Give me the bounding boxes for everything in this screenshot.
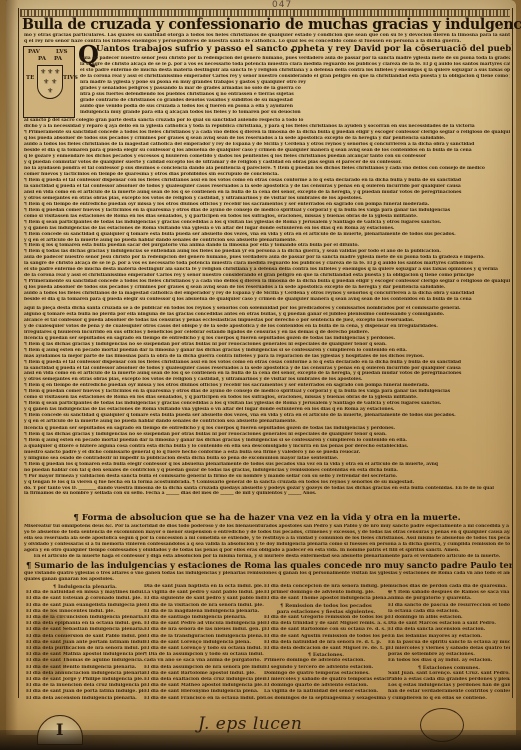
text-line: comer huevos y lacticinios en tiempo de … — [24, 172, 510, 178]
text-line: ¶ Item q̄ pueda el tal confessor dispens… — [24, 360, 510, 366]
absolution-heading: ¶ Forma de absolucion que se ha de hazer… — [24, 513, 510, 523]
indulgence-entry: El dia de sant Thome apostol indulgencia… — [264, 596, 388, 602]
indulgence-entry: El dia dela ascension indulgencia plenar… — [26, 696, 144, 702]
text-line: ¶ Primeramente su sanctidad concede a to… — [24, 130, 510, 136]
indulgence-entry: El dia de sant Benito indulgencia plenar… — [26, 665, 144, 671]
indulgence-entry: El dia dela conuersion de sant Pablo ind… — [26, 634, 144, 640]
indulgence-entry: El dia siguiente de sant pedro y sant pa… — [144, 596, 264, 602]
column-subheading: ¶ Remission de todos los pecados — [264, 603, 388, 609]
text-line: auido a todos los fieles christianos de … — [24, 142, 510, 148]
text-line: ¶ Item concede su sanctidad q̄ qualquier… — [24, 232, 510, 238]
text-line: indulgencia muy grande para ella q̄ alcā… — [24, 110, 510, 116]
indulgence-entry: El dia de sant Bartolome con su octaua r… — [264, 627, 388, 633]
body-paragraph-d: aqui la pieça desta dicha santa cruzada … — [24, 306, 510, 426]
text-line: q̄ los pueda absoluer de todos sus pecad… — [24, 136, 510, 142]
indulgence-entry: El dia de la transfiguracion indulgencia… — [144, 634, 264, 640]
indulgence-entry: cada vn año se saca vna anima de purgato… — [144, 658, 264, 664]
indulgence-entry: El dia de sant Sebastian indulgencia ple… — [26, 627, 144, 633]
indulgence-entry: El segundo y tercero de adviento estacio… — [264, 665, 388, 671]
text-line: y olvidado y confessaras si a tu memoria… — [24, 542, 510, 548]
indulgence-entry: El dia sancto de pascua de resurreccion … — [388, 603, 510, 609]
text-line: el sto padre enfermo de mucha desta mate… — [24, 68, 510, 74]
coa-text: LVS — [56, 49, 67, 55]
indulgence-entry: Los domingos de la septuagesima y sexage… — [264, 696, 388, 702]
indulgence-entry: El dia de nra señora de las nieues indul… — [144, 627, 264, 633]
document-title: Bulla de cruzada y confessionario de muc… — [22, 17, 512, 34]
page-fold-shadow — [6, 0, 18, 735]
indulgence-entry: El dia dela assumpcion de nra señora ple… — [144, 665, 264, 671]
summary-heading: ¶ Sumario de las indulgencias y estacion… — [26, 560, 512, 570]
absolution-text: Misereatur tui omnipotens deus &c. Por l… — [24, 524, 510, 554]
summary-intro: que vistando quatro yglesias o tres alta… — [24, 571, 510, 583]
indulgence-entry: La vigilia de la natiuidad del señor est… — [264, 689, 388, 695]
body-paragraph-a: auia de padecer nuestro señor Jesu chris… — [24, 56, 510, 118]
indulgence-entry: El dia de sant Agustin remission de todo… — [264, 634, 388, 640]
indulgence-entry: En todos los dias q̄ ay indul. ay estaci… — [388, 658, 510, 664]
indulgence-entry: El dia de sant Juan de porta latina indu… — [26, 689, 144, 695]
body-paragraph-c: ¶ Item q̄ pueda el tal confessor dispens… — [24, 178, 510, 306]
text-line: no la ayudasen pondra el tal confessor ꝑ… — [24, 166, 510, 172]
indulgence-entry: El dia de sant Francisco en la octaua in… — [144, 696, 264, 702]
body-paragraph-e: licencia q̄ puedan ser sepultados en sag… — [24, 426, 510, 516]
coa-text: PAV — [28, 49, 40, 55]
text-line: ¶ Item q̄ puedan comer huevos y lacticin… — [24, 208, 510, 214]
indulgence-columns: ¶ Indulgencia plenaria.El dia de natiuid… — [26, 584, 510, 702]
text-line: agora y en otro qualquier tiempo confess… — [24, 548, 510, 554]
bottom-shadow — [0, 730, 521, 750]
column-1: ¶ Indulgencia plenaria.El dia de natiuid… — [26, 584, 144, 702]
column-2: Dia de sant Juan baptista en la octa ind… — [144, 584, 264, 702]
indulgence-entry: El dia de la visitacion de nra señora in… — [144, 603, 264, 609]
text-line: quales ganan ganaran los apostoles. — [24, 577, 510, 583]
body-paragraph-a-cont: al sancto ꝑ del sacro colegio gran parte… — [24, 118, 510, 178]
column-4: muchos dias de perdon cada dia de quares… — [388, 584, 510, 702]
text-line: ¶ Item q̄ puedan los q̄ tomaren esta bul… — [24, 462, 510, 468]
text-line: ella sea reseruada ala sede apostolica s… — [24, 536, 510, 542]
text-line: y de cualesquier votos de pena y de cual… — [24, 324, 510, 330]
lead-line: Uantos trabajos sufrio y passo el sancto… — [96, 44, 512, 54]
text-line: y q̄ en el articulo de la muerte aunq̄ n… — [24, 419, 510, 425]
column-3: El dia dela concepcion de nra señora ind… — [264, 584, 388, 702]
text-line: de la corona real y assi el christianiss… — [24, 74, 510, 80]
indulgence-entry: han de estar verdaderamente contritos y … — [388, 689, 510, 695]
indulgence-entry: El dia de sant Juan euangelista indulgēc… — [26, 603, 144, 609]
indulgence-entry: El dia de sant Esteuan ꝓ coronado indul.… — [26, 596, 144, 602]
indulgence-entry: El dia de sant Hieronymo indulgencia ple… — [144, 689, 264, 695]
indulgence-entry: El dia de sant Thomas de aquino indulgen… — [26, 658, 144, 664]
text-line: beside el dia q̄ la tomaren para q̄ pued… — [24, 148, 510, 154]
text-line: ¶ Item q̄ sean participantes de todas la… — [24, 220, 510, 226]
text-line: beside el dia q̄ la tomaren para q̄ pued… — [24, 297, 510, 303]
text-line: ansi en vida como en el articulo de la m… — [24, 190, 510, 196]
text-line: la firmamos de su nombre y sellada con s… — [24, 491, 510, 497]
